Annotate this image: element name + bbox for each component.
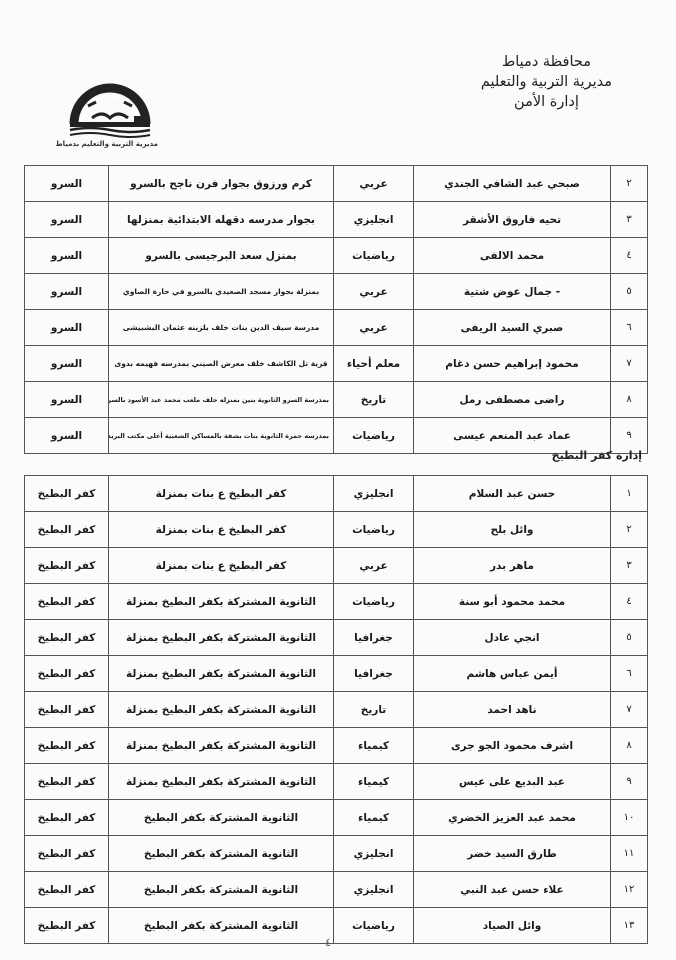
teacher-name: - جمال عوض شتية xyxy=(414,274,611,310)
subject: رياضيات xyxy=(334,512,414,548)
teacher-name: طارق السيد خضر xyxy=(414,836,611,872)
subject: جغرافيا xyxy=(334,656,414,692)
row-number: ١٢ xyxy=(611,872,648,908)
table-row: ٤ محمد محمود أبو سنة رياضيات الثانوية ال… xyxy=(25,584,648,620)
teacher-name: صبحي عبد الشافي الجندي xyxy=(414,166,611,202)
address: بمنزل سعد البرجيسى بالسرو xyxy=(109,238,334,274)
subject: عربي xyxy=(334,310,414,346)
row-number: ٨ xyxy=(611,382,648,418)
teachers-table-kafr-el-batikh: ١ حسن عبد السلام انجليزي كفر البطيخ ع بن… xyxy=(24,475,648,944)
department-title: إدارة الأمن xyxy=(481,92,612,112)
row-number: ٦ xyxy=(611,310,648,346)
section-title-kafr-el-batikh: إدارة كفر البطيخ xyxy=(552,449,642,462)
row-number: ٢ xyxy=(611,166,648,202)
table-row: ٣ ماهر بدر عربي كفر البطيخ ع بنات بمنزلة… xyxy=(25,548,648,584)
area: كفر البطيخ xyxy=(25,728,109,764)
subject: رياضيات xyxy=(334,418,414,454)
table-row: ١١ طارق السيد خضر انجليزي الثانوية المشت… xyxy=(25,836,648,872)
address: كفر البطيخ ع بنات بمنزلة xyxy=(109,548,334,584)
area: السرو xyxy=(25,238,109,274)
teacher-name: ماهر بدر xyxy=(414,548,611,584)
area: السرو xyxy=(25,274,109,310)
teacher-name: اشرف محمود الجو جرى xyxy=(414,728,611,764)
row-number: ٥ xyxy=(611,620,648,656)
directorate-logo-icon xyxy=(62,66,157,146)
row-number: ١١ xyxy=(611,836,648,872)
table-row: ٨ اشرف محمود الجو جرى كيمياء الثانوية ال… xyxy=(25,728,648,764)
subject: تاريخ xyxy=(334,692,414,728)
document-header: محافظة دمياط مديرية التربية والتعليم إدا… xyxy=(481,52,612,112)
area: كفر البطيخ xyxy=(25,656,109,692)
subject: عربي xyxy=(334,166,414,202)
area: كفر البطيخ xyxy=(25,800,109,836)
subject: انجليزي xyxy=(334,202,414,238)
row-number: ٧ xyxy=(611,692,648,728)
directorate-title: مديرية التربية والتعليم xyxy=(481,72,612,92)
address: الثانوية المشتركة بكفر البطيخ xyxy=(109,908,334,944)
area: كفر البطيخ xyxy=(25,908,109,944)
row-number: ١٣ xyxy=(611,908,648,944)
address: الثانوية المشتركة بكفر البطيخ xyxy=(109,800,334,836)
table-row: ١٣ وائل الصياد رياضيات الثانوية المشتركة… xyxy=(25,908,648,944)
address: الثانوية المشتركة بكفر البطيخ xyxy=(109,836,334,872)
teacher-name: علاء حسن عبد النبي xyxy=(414,872,611,908)
teacher-name: ناهد احمد xyxy=(414,692,611,728)
teacher-name: محمد محمود أبو سنة xyxy=(414,584,611,620)
subject: تاريخ xyxy=(334,382,414,418)
area: كفر البطيخ xyxy=(25,476,109,512)
table-row: ٤ محمد الالفى رياضيات بمنزل سعد البرجيسى… xyxy=(25,238,648,274)
subject: جغرافيا xyxy=(334,620,414,656)
subject: انجليزي xyxy=(334,872,414,908)
table-row: ١٠ محمد عبد العزيز الخضري كيمياء الثانوي… xyxy=(25,800,648,836)
subject: رياضيات xyxy=(334,908,414,944)
address: الثانوية المشتركة بكفر البطيخ بمنزلة xyxy=(109,656,334,692)
row-number: ٩ xyxy=(611,764,648,800)
area: السرو xyxy=(25,310,109,346)
area: السرو xyxy=(25,202,109,238)
teacher-name: تحيه فاروق الأشقر xyxy=(414,202,611,238)
table-row: ٢ وائل بلح رياضيات كفر البطيخ ع بنات بمن… xyxy=(25,512,648,548)
address: مدرسة سيف الدين بنات خلف بلزينه عثمان ال… xyxy=(109,310,334,346)
subject: انجليزي xyxy=(334,836,414,872)
table-row: ٩ عبد البديع على عيس كيمياء الثانوية الم… xyxy=(25,764,648,800)
area: كفر البطيخ xyxy=(25,872,109,908)
teacher-name: محمد عبد العزيز الخضري xyxy=(414,800,611,836)
page-number: ٤ xyxy=(325,936,331,949)
governorate-title: محافظة دمياط xyxy=(481,52,612,72)
address: كرم ورزوق بجوار فرن ناجح بالسرو xyxy=(109,166,334,202)
address: الثانوية المشتركة بكفر البطيخ بمنزلة xyxy=(109,764,334,800)
area: السرو xyxy=(25,418,109,454)
teacher-name: حسن عبد السلام xyxy=(414,476,611,512)
subject: عربي xyxy=(334,274,414,310)
area: السرو xyxy=(25,346,109,382)
row-number: ٤ xyxy=(611,238,648,274)
table-row: ٥ انجي عادل جغرافيا الثانوية المشتركة بك… xyxy=(25,620,648,656)
address: الثانوية المشتركة بكفر البطيخ xyxy=(109,872,334,908)
table-row: ١٢ علاء حسن عبد النبي انجليزي الثانوية ا… xyxy=(25,872,648,908)
address: بمنزلة بجوار مسجد الصعيدي بالسرو في حارة… xyxy=(109,274,334,310)
row-number: ٤ xyxy=(611,584,648,620)
table-row: ٢ صبحي عبد الشافي الجندي عربي كرم ورزوق … xyxy=(25,166,648,202)
teachers-table-security: ٢ صبحي عبد الشافي الجندي عربي كرم ورزوق … xyxy=(24,165,648,454)
address: كفر البطيخ ع بنات بمنزلة xyxy=(109,476,334,512)
area: كفر البطيخ xyxy=(25,692,109,728)
area: السرو xyxy=(25,382,109,418)
address: بجوار مدرسه دقهله الابتدائية بمنزلها xyxy=(109,202,334,238)
address: بمدرسه حمرة الثانوية بنات بشقة بالمساكن … xyxy=(109,418,334,454)
area: كفر البطيخ xyxy=(25,836,109,872)
table-row: ٣ تحيه فاروق الأشقر انجليزي بجوار مدرسه … xyxy=(25,202,648,238)
area: السرو xyxy=(25,166,109,202)
table-row: ٦ صبري السيد الريفى عربي مدرسة سيف الدين… xyxy=(25,310,648,346)
area: كفر البطيخ xyxy=(25,584,109,620)
row-number: ٢ xyxy=(611,512,648,548)
subject: كيمياء xyxy=(334,728,414,764)
teacher-name: محمود إبراهيم حسن دغام xyxy=(414,346,611,382)
area: كفر البطيخ xyxy=(25,620,109,656)
teacher-name: عبد البديع على عيس xyxy=(414,764,611,800)
address: بمدرسة السرو الثانوية بنين بمنزله خلف مل… xyxy=(109,382,334,418)
area: كفر البطيخ xyxy=(25,764,109,800)
teacher-name: وائل الصياد xyxy=(414,908,611,944)
table-row: ٧ ناهد احمد تاريخ الثانوية المشتركة بكفر… xyxy=(25,692,648,728)
subject: كيمياء xyxy=(334,764,414,800)
table-row: ١ حسن عبد السلام انجليزي كفر البطيخ ع بن… xyxy=(25,476,648,512)
row-number: ٣ xyxy=(611,202,648,238)
teacher-name: انجي عادل xyxy=(414,620,611,656)
teacher-name: أيمن عباس هاشم xyxy=(414,656,611,692)
row-number: ١٠ xyxy=(611,800,648,836)
address: الثانوية المشتركة بكفر البطيخ بمنزلة xyxy=(109,692,334,728)
subject: رياضيات xyxy=(334,584,414,620)
subject: انجليزي xyxy=(334,476,414,512)
row-number: ٨ xyxy=(611,728,648,764)
area: كفر البطيخ xyxy=(25,512,109,548)
address: الثانوية المشتركة بكفر البطيخ بمنزلة xyxy=(109,620,334,656)
table-row: ٦ أيمن عباس هاشم جغرافيا الثانوية المشتر… xyxy=(25,656,648,692)
subject: كيمياء xyxy=(334,800,414,836)
row-number: ٧ xyxy=(611,346,648,382)
subject: عربي xyxy=(334,548,414,584)
address: الثانوية المشتركة بكفر البطيخ بمنزلة xyxy=(109,584,334,620)
subject: معلم أحياء xyxy=(334,346,414,382)
table-row: ٥ - جمال عوض شتية عربي بمنزلة بجوار مسجد… xyxy=(25,274,648,310)
address: الثانوية المشتركة بكفر البطيخ بمنزلة xyxy=(109,728,334,764)
row-number: ٣ xyxy=(611,548,648,584)
subject: رياضيات xyxy=(334,238,414,274)
teacher-name: صبري السيد الريفى xyxy=(414,310,611,346)
row-number: ٦ xyxy=(611,656,648,692)
table-row: ٨ راضى مصطفى رمل تاريخ بمدرسة السرو الثا… xyxy=(25,382,648,418)
teacher-name: محمد الالفى xyxy=(414,238,611,274)
area: كفر البطيخ xyxy=(25,548,109,584)
address: كفر البطيخ ع بنات بمنزلة xyxy=(109,512,334,548)
row-number: ٥ xyxy=(611,274,648,310)
address: قرية تل الكاشف خلف معرض الصيني بمدرسه فه… xyxy=(109,346,334,382)
table-row: ٧ محمود إبراهيم حسن دغام معلم أحياء قرية… xyxy=(25,346,648,382)
logo-caption: مديرية التربية والتعليم بدمياط xyxy=(62,140,158,148)
row-number: ١ xyxy=(611,476,648,512)
teacher-name: وائل بلح xyxy=(414,512,611,548)
teacher-name: راضى مصطفى رمل xyxy=(414,382,611,418)
